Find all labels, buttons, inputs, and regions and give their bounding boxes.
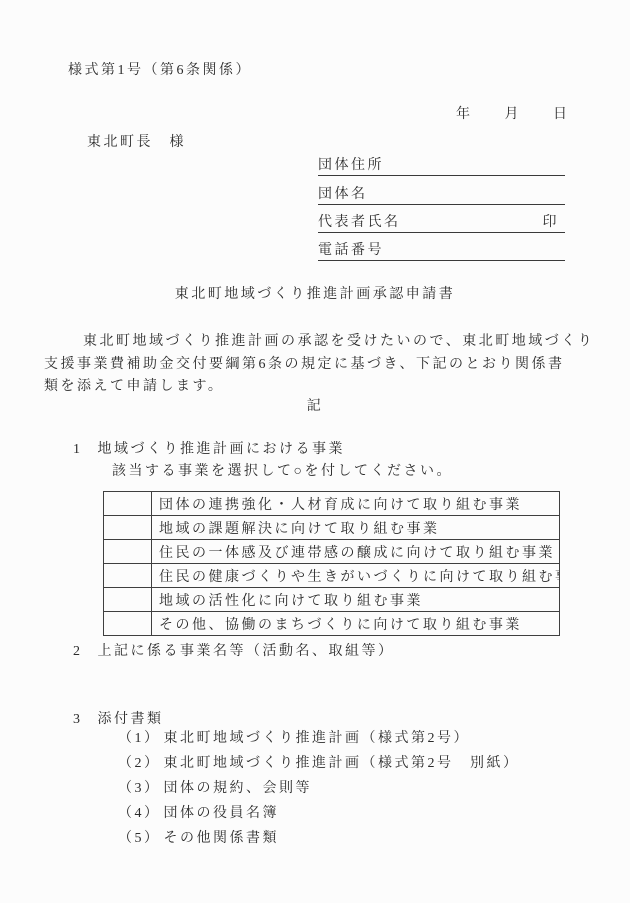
attachment-text: 東北町地域づくり推進計画（様式第2号） bbox=[164, 731, 471, 746]
selection-mark-cell[interactable] bbox=[104, 492, 152, 516]
table-row: 地域の課題解決に向けて取り組む事業 bbox=[104, 516, 560, 540]
attachment-number: （2） bbox=[118, 756, 161, 771]
attachment-number: （3） bbox=[118, 781, 161, 796]
table-row: 団体の連携強化・人材育成に向けて取り組む事業 bbox=[104, 492, 560, 516]
paragraph-line: 東北町地域づくり推進計画の承認を受けたいので、東北町地域づくり bbox=[44, 331, 584, 354]
section2-heading-row: 2上記に係る事業名等（活動名、取組等） bbox=[73, 643, 395, 660]
selection-mark-cell[interactable] bbox=[104, 564, 152, 588]
body-paragraph: 東北町地域づくり推進計画の承認を受けたいので、東北町地域づくり 支援事業費補助金… bbox=[44, 331, 584, 399]
table-row: その他、協働のまちづくりに向けて取り組む事業 bbox=[104, 612, 560, 636]
attachment-number: （1） bbox=[118, 731, 161, 746]
selection-mark-cell[interactable] bbox=[104, 516, 152, 540]
selection-instruction: 該当する事業を選択して○を付してください。 bbox=[112, 463, 453, 480]
attachment-number: （5） bbox=[118, 831, 161, 846]
field-label-representative-name: 代表者氏名 bbox=[318, 215, 401, 230]
business-type-label: 団体の連携強化・人材育成に向けて取り組む事業 bbox=[152, 492, 560, 516]
year-label: 年 bbox=[456, 106, 473, 123]
table-row: 地域の活性化に向けて取り組む事業 bbox=[104, 588, 560, 612]
section1-heading-row: 1地域づくり推進計画における事業 bbox=[73, 441, 345, 458]
attachment-item: （2）東北町地域づくり推進計画（様式第2号 別紙） bbox=[118, 755, 520, 772]
attachment-number: （4） bbox=[118, 806, 161, 821]
attachment-text: 東北町地域づくり推進計画（様式第2号 別紙） bbox=[164, 756, 520, 771]
addressee: 東北町長 様 bbox=[87, 134, 186, 151]
business-type-table: 団体の連携強化・人材育成に向けて取り組む事業 地域の課題解決に向けて取り組む事業… bbox=[103, 491, 560, 636]
section1-number: 1 bbox=[73, 442, 83, 457]
month-label: 月 bbox=[505, 106, 522, 123]
business-type-label: 地域の課題解決に向けて取り組む事業 bbox=[152, 516, 560, 540]
business-type-label: その他、協働のまちづくりに向けて取り組む事業 bbox=[152, 612, 560, 636]
section3-number: 3 bbox=[73, 712, 83, 727]
application-form-page: 様式第1号（第6条関係） 年月日 東北町長 様 団体住所 団体名 代表者氏名 印… bbox=[0, 0, 630, 903]
paragraph-line: 支援事業費補助金交付要綱第6条の規定に基づき、下記のとおり関係書 bbox=[44, 354, 584, 377]
attachment-item: （4）団体の役員名簿 bbox=[118, 805, 279, 822]
field-row-phone-number[interactable]: 電話番号 bbox=[318, 243, 565, 261]
paragraph-line: 類を添えて申請します。 bbox=[44, 376, 584, 399]
day-label: 日 bbox=[553, 106, 570, 123]
attachment-text: その他関係書類 bbox=[164, 831, 280, 846]
selection-mark-cell[interactable] bbox=[104, 540, 152, 564]
note-mark: 記 bbox=[0, 398, 630, 415]
attachment-item: （5）その他関係書類 bbox=[118, 830, 279, 847]
field-label-phone-number: 電話番号 bbox=[318, 243, 384, 258]
section3-heading-row: 3添付書類 bbox=[73, 711, 164, 728]
field-label-group-name: 団体名 bbox=[318, 187, 368, 202]
business-type-label: 住民の一体感及び連帯感の醸成に向けて取り組む事業 bbox=[152, 540, 560, 564]
section3-heading: 添付書類 bbox=[98, 712, 164, 727]
attachment-item: （1）東北町地域づくり推進計画（様式第2号） bbox=[118, 730, 470, 747]
business-type-label: 住民の健康づくりや生きがいづくりに向けて取り組む事業 bbox=[152, 564, 560, 588]
attachment-text: 団体の役員名簿 bbox=[164, 806, 280, 821]
selection-mark-cell[interactable] bbox=[104, 612, 152, 636]
document-title: 東北町地域づくり推進計画承認申請書 bbox=[0, 286, 630, 303]
section1-heading: 地域づくり推進計画における事業 bbox=[98, 442, 346, 457]
selection-mark-cell[interactable] bbox=[104, 588, 152, 612]
field-row-group-address[interactable]: 団体住所 bbox=[318, 158, 565, 176]
seal-label: 印 bbox=[543, 215, 560, 231]
field-label-group-address: 団体住所 bbox=[318, 158, 384, 173]
table-row: 住民の健康づくりや生きがいづくりに向けて取り組む事業 bbox=[104, 564, 560, 588]
attachment-item: （3）団体の規約、会則等 bbox=[118, 780, 312, 797]
attachment-text: 団体の規約、会則等 bbox=[164, 781, 313, 796]
section2-heading: 上記に係る事業名等（活動名、取組等） bbox=[98, 644, 395, 659]
section2-number: 2 bbox=[73, 644, 83, 659]
business-type-label: 地域の活性化に向けて取り組む事業 bbox=[152, 588, 560, 612]
field-row-representative-name[interactable]: 代表者氏名 印 bbox=[318, 215, 565, 233]
table-row: 住民の一体感及び連帯感の醸成に向けて取り組む事業 bbox=[104, 540, 560, 564]
form-number: 様式第1号（第6条関係） bbox=[68, 62, 252, 79]
date-line: 年月日 bbox=[456, 106, 570, 123]
field-row-group-name[interactable]: 団体名 bbox=[318, 187, 565, 205]
